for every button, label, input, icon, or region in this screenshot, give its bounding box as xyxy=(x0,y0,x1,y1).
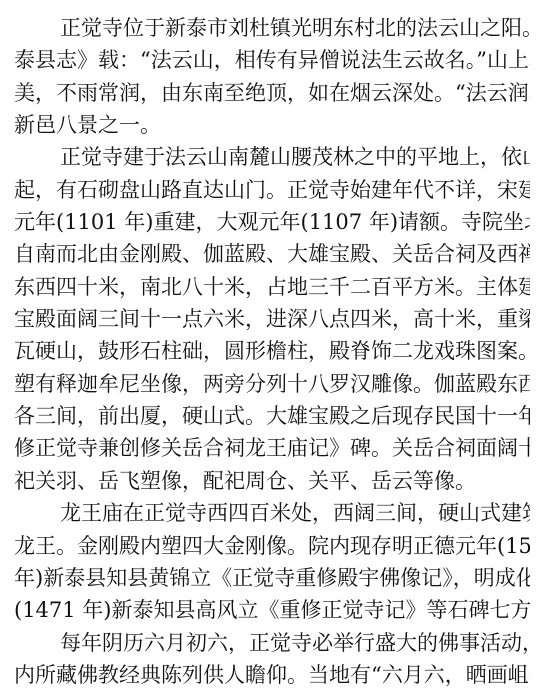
text-line: 修正觉寺兼创修关岳合祠龙王庙记》碑。关岳合祠面阔十米，原 xyxy=(14,432,530,464)
text-line: 内所藏佛教经典陈列供人瞻仰。当地有“六月六，晒画岨谷避蠹 xyxy=(14,659,530,691)
text-line: 正觉寺位于新泰市刘杜镇光明东村北的法云山之阳。《新 xyxy=(14,12,530,44)
text-line: 祀关羽、岳飞塑像，配祀周仓、关平、岳云等像。 xyxy=(14,465,530,497)
text-line: (1471 年)新泰知县高风立《重修正觉寺记》等石碑七方。 xyxy=(14,594,530,626)
text-line: 塑有释迦牟尼坐像，两旁分列十八罗汉雕像。伽蓝殿东西相对 xyxy=(14,368,530,400)
text-line: 东西四十米，南北八十米，占地三千二百平方米。主体建筑大雄 xyxy=(14,271,530,303)
text-line: 年)新泰县知县黄锦立《正觉寺重修殿宇佛像记》，明成化七年 xyxy=(14,562,530,594)
text-line: 泰县志》载：“法云山，相传有异僧说法生云故名。”山上林壑幽 xyxy=(14,44,530,76)
paragraph-buddhist-festival: 每年阴历六月初六，正觉寺必举行盛大的佛事活动，并将寺 内所藏佛教经典陈列供人瞻仰… xyxy=(14,627,530,692)
text-line: 自南而北由金刚殿、伽蓝殿、大雄宝殿、关岳合祠及西禅院组成。 xyxy=(14,238,530,270)
paragraph-temple-architecture: 正觉寺建于法云山南麓山腰茂林之中的平地上，依山势叠 起，有石砌盘山路直达山门。正… xyxy=(14,141,530,497)
text-line: 美，不雨常润，由东南至绝顶，如在烟云深处。“法云润翠”，是为 xyxy=(14,77,530,109)
paragraph-dragon-king-temple: 龙王庙在正觉寺西四百米处，西阔三间，硬山式建筑，内祀 龙王。金刚殿内塑四大金刚像… xyxy=(14,497,530,626)
text-line: 起，有石砌盘山路直达山门。正觉寺始建年代不详，宋建中靖国 xyxy=(14,174,530,206)
text-line: 每年阴历六月初六，正觉寺必举行盛大的佛事活动，并将寺 xyxy=(14,627,530,659)
paragraph-zhengjue-temple-location: 正觉寺位于新泰市刘杜镇光明东村北的法云山之阳。《新 泰县志》载：“法云山，相传有… xyxy=(14,12,530,141)
text-line: 龙王。金刚殿内塑四大金刚像。院内现存明正德元年(1506 xyxy=(14,530,530,562)
document-page: 正觉寺位于新泰市刘杜镇光明东村北的法云山之阳。《新 泰县志》载：“法云山，相传有… xyxy=(14,12,530,691)
text-line: 瓦硬山，鼓形石柱础，圆形檐柱，殿脊饰二龙戏珠图案。殿内原 xyxy=(14,335,530,367)
text-line: 正觉寺建于法云山南麓山腰茂林之中的平地上，依山势叠 xyxy=(14,141,530,173)
text-line: 各三间，前出厦，硬山式。大雄宝殿之后现存民国十一年立《重 xyxy=(14,400,530,432)
text-line: 元年(1101 年)重建，大观元年(1107 年)请额。寺院坐北朝南， xyxy=(14,206,530,238)
text-line: 龙王庙在正觉寺西四百米处，西阔三间，硬山式建筑，内祀 xyxy=(14,497,530,529)
text-line: 新邑八景之一。 xyxy=(14,109,530,141)
text-line: 宝殿面阔三间十一点六米，进深八点四米，高十米，重梁起架，灰 xyxy=(14,303,530,335)
